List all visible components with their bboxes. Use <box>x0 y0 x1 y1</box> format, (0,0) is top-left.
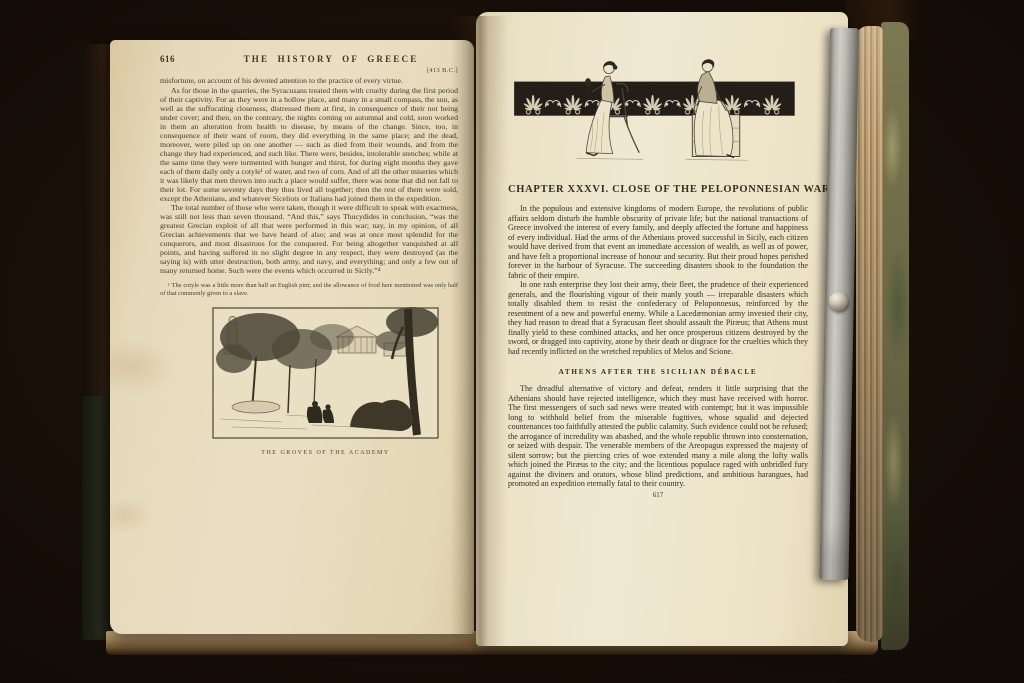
body-paragraph: The total number of those who were taken… <box>160 203 458 275</box>
right-page: CHAPTER XXXVI. CLOSE OF THE PELOPONNESIA… <box>476 12 848 646</box>
seated-women-frieze <box>510 56 814 165</box>
page-header: 616 THE HISTORY OF GREECE <box>160 54 458 64</box>
body-paragraph: In the populous and extensive kingdoms o… <box>508 204 808 280</box>
photo-of-open-book: { "photo": { "colors": { "background": "… <box>0 0 1024 683</box>
body-paragraph: In one rash enterprise they lost their a… <box>508 280 808 356</box>
book-cover-green-cloth <box>82 396 110 640</box>
page-number-right: 617 <box>508 492 808 499</box>
chapter-heading: CHAPTER XXXVI. CLOSE OF THE PELOPONNESIA… <box>508 184 808 195</box>
clip-knob <box>829 292 848 311</box>
illustration-caption: THE GROVES OF THE ACADEMY <box>212 450 439 456</box>
body-paragraph: The dreadful alternative of victory and … <box>508 384 808 489</box>
marbled-board-edge <box>881 22 909 650</box>
pool <box>232 401 280 413</box>
page-fore-edge <box>856 26 883 642</box>
groves-engraving <box>212 307 439 439</box>
running-title: THE HISTORY OF GREECE <box>204 54 458 64</box>
margin-date: [413 B.C.] <box>160 67 458 74</box>
chapter-head-illustration <box>510 56 814 170</box>
page-number-left: 616 <box>160 54 204 64</box>
frieze-band <box>514 82 795 116</box>
left-page: 616 THE HISTORY OF GREECE [413 B.C.] mis… <box>110 40 474 634</box>
body-paragraph: As for those in the quarries, the Syracu… <box>160 86 458 203</box>
section-heading: ATHENS AFTER THE SICILIAN DÉBACLE <box>508 368 808 376</box>
body-paragraph: misfortune, on account of his devoted at… <box>160 76 458 85</box>
footnote: ¹ The cotyle was a little more than half… <box>160 282 458 297</box>
hand-mirror <box>585 78 591 87</box>
groves-illustration: THE GROVES OF THE ACADEMY <box>212 307 439 456</box>
